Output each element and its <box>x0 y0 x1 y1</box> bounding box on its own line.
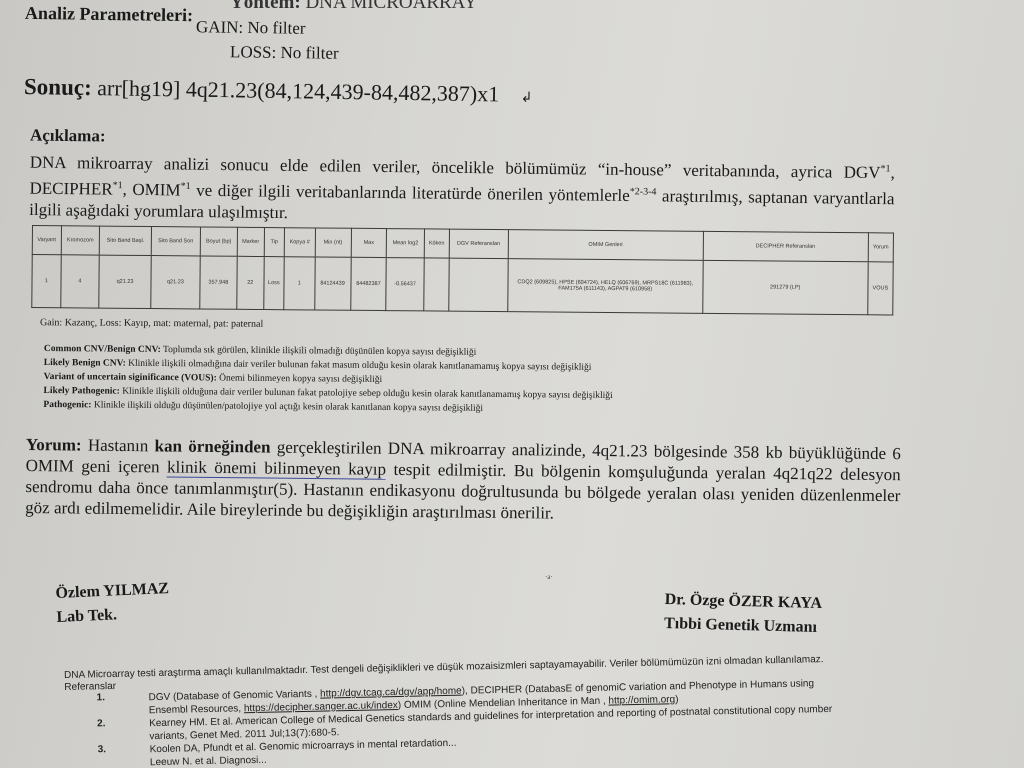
comment-bold: kan örneğinden <box>155 436 271 456</box>
definition-term: Common CNV/Benign CNV: <box>44 344 161 355</box>
description-part: DNA mikroarray analizi sonucu elde edile… <box>30 153 881 182</box>
result-value: arr[hg19] 4q21.23(84,124,439-84,482,387)… <box>97 75 499 106</box>
ref-text: Ensembl Resources, <box>149 703 244 716</box>
comment-text: Hastanın <box>82 436 155 456</box>
ref-text: DGV (Database of Genomic Variants , <box>148 689 320 704</box>
column-header: Varyant <box>32 226 61 255</box>
table-cell <box>449 258 508 312</box>
result-line: Sonuç: arr[hg19] 4q21.23(84,124,439-84,4… <box>24 74 533 108</box>
table-cell: 84482387 <box>350 257 386 310</box>
table-cell: -0.56437 <box>386 258 424 311</box>
table-cell: CDQ2 (609825), HPSE (604724), HELQ (6067… <box>507 259 702 314</box>
signature-specialist: Dr. Özge ÖZER KAYA Tıbbi Genetik Uzmanı <box>664 588 823 640</box>
comment-paragraph: Yorum: Hastanın kan örneğinden gerçekleş… <box>25 434 901 527</box>
comment-label: Yorum: <box>26 435 82 455</box>
reference-number: 1. <box>96 691 149 718</box>
column-header: OMIM Genleri <box>508 230 703 261</box>
table-cell <box>423 258 449 311</box>
column-header: Köken <box>424 229 449 258</box>
description-part: ve diğer ilgili veritabanlarında literat… <box>190 180 629 204</box>
classification-definitions: Common CNV/Benign CNV: Toplumda sık görü… <box>43 342 613 417</box>
footnote-ref: *2-3-4 <box>630 186 657 197</box>
definition-text: Klinikle ilişkili olduğu düşünülen/patol… <box>91 400 483 413</box>
report-page: Yöntem: DNA MICROARRAY Analiz Parametrel… <box>0 0 1024 768</box>
footer: DNA Microarray testi araştırma amaçlı ku… <box>64 654 833 768</box>
reference-text: Koolen DA, Pfundt et al. Genomic microar… <box>150 737 457 768</box>
params-label: Analiz Parametreleri: <box>25 3 193 26</box>
column-header: DECIPHER Referansları <box>703 231 868 261</box>
description-part: , OMIM <box>123 179 181 199</box>
definition-term: Likely Benign CNV: <box>44 358 126 369</box>
stray-mark: ·a· <box>545 573 553 581</box>
params-loss: LOSS: No filter <box>230 42 339 64</box>
ref-text: ) <box>675 694 679 705</box>
table-cell: Loss <box>264 257 285 310</box>
table-cell: 291279 (LP) <box>702 260 867 314</box>
table-cell: 84124439 <box>314 257 350 310</box>
table-cell: 1 <box>284 257 315 310</box>
reference-number: 3. <box>98 743 151 768</box>
column-header: Sito Band Başl. <box>99 226 151 255</box>
footnote-ref: *1 <box>181 181 191 192</box>
column-header: Boyut (bp) <box>200 227 237 256</box>
method-label: Yöntem: <box>230 0 301 13</box>
column-header: Kopya # <box>284 228 315 257</box>
result-label: Sonuç: <box>24 74 92 100</box>
signature-lab-tech: Özlem YILMAZ Lab Tek. <box>55 577 171 630</box>
table-row: 14q21.23q21.23357.94822Loss1841244398448… <box>32 255 893 316</box>
column-header: Mean log2 <box>387 229 425 258</box>
column-header: DGV Referansları <box>449 229 508 259</box>
column-header: Tip <box>264 228 284 257</box>
column-header: Max <box>351 228 387 257</box>
table-cell: 1 <box>32 255 61 308</box>
column-header: Sito Band Son <box>151 227 200 256</box>
table-cell: 357.948 <box>200 256 237 309</box>
column-header: Min (nt) <box>315 228 351 257</box>
signer-title: Tıbbi Genetik Uzmanı <box>664 612 822 640</box>
table-cell: VOUS <box>867 262 893 315</box>
signer-name: Özlem YILMAZ <box>55 577 170 606</box>
signer-title: Lab Tek. <box>56 601 171 630</box>
definition-term: Variant of uncertain siginificance (VOUS… <box>44 372 217 384</box>
params-gain: GAIN: No filter <box>196 17 306 39</box>
method-value: DNA MICROARRAY <box>305 0 477 13</box>
table-cell: q21.23 <box>99 255 151 308</box>
column-header: Yorum <box>868 233 894 262</box>
return-arrow-icon: ↲ <box>521 91 533 106</box>
method-line: Yöntem: DNA MICROARRAY <box>230 0 477 14</box>
definition-text: Önemi bilinmeyen kopya sayısı değişikliğ… <box>217 374 383 385</box>
description-text: DNA mikroarray analizi sonucu elde edile… <box>29 148 895 232</box>
table-body: 14q21.23q21.23357.94822Loss1841244398448… <box>32 255 893 316</box>
column-header: Kromozom <box>61 226 100 255</box>
description-title: Açıklama: <box>30 126 106 147</box>
definition-term: Likely Pathogenic: <box>44 386 120 397</box>
definition-text: Toplumda sık görülen, klinikle ilişkili … <box>161 345 477 358</box>
reference-number: 2. <box>97 717 150 744</box>
handwritten-underline: klinik önemi bilinmeyen kayıp <box>167 457 386 479</box>
footnote-ref: *1 <box>113 180 123 191</box>
table-legend: Gain: Kazanç, Loss: Kayıp, mat: maternal… <box>40 317 263 330</box>
table-cell: q21.23 <box>151 256 200 309</box>
footnote-ref: *1 <box>880 163 890 174</box>
column-header: Marker <box>237 227 264 256</box>
variant-table: VaryantKromozomSito Band Başl.Sito Band … <box>31 225 894 316</box>
definition-term: Pathogenic: <box>43 400 91 410</box>
table-cell: 4 <box>60 255 99 308</box>
omim-link[interactable]: http://omim.org <box>608 694 675 706</box>
ref-text: Leeuw N. et al. Diagnosi... <box>150 755 267 768</box>
table-cell: 22 <box>237 256 264 309</box>
dgv-link[interactable]: http://dgv.tcag.ca/dgv/app/home <box>320 686 462 700</box>
